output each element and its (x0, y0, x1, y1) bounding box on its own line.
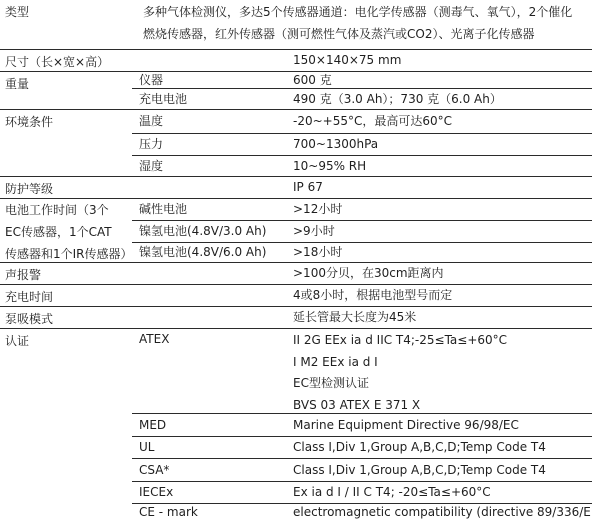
value-cell: IP 67 (293, 177, 592, 198)
value-line: BVS 03 ATEX E 371 X (293, 395, 588, 414)
value-cell: >9小时 (293, 221, 592, 242)
group-label-line: 电池工作时间（3个 (5, 199, 132, 221)
sub-label: UL (132, 437, 293, 458)
sub-label (132, 50, 293, 71)
sub-label: 碱性电池 (132, 199, 293, 220)
group-label: 电池工作时间（3个 EC传感器，1个CAT 传感器和1个IR传感器） (0, 199, 132, 262)
sub-label (132, 263, 293, 284)
value-cell: >100分贝，在30cm距离内 (293, 263, 592, 284)
sub-label: 充电电池 (132, 89, 293, 109)
value-cell: -20~+55°C，最高可达60°C (293, 110, 592, 133)
value-cell: 4或8小时，根据电池型号而定 (293, 285, 592, 306)
spec-group-audible-alarm: 声报警 >100分贝，在30cm距离内 (0, 262, 592, 284)
sub-label: 镍氢电池(4.8V/6.0 Ah) (132, 243, 293, 262)
value-cell: Ex ia d I / II C T4; -20≤Ta≤+60°C (293, 482, 592, 503)
value-cell: >12小时 (293, 199, 592, 220)
group-label: 类型 (0, 0, 132, 49)
value-cell: Class I,Div 1,Group A,B,C,D;Temp Code T4 (293, 459, 592, 481)
sub-label (132, 285, 293, 306)
value-cell: Class I,Div 1,Group A,B,C,D;Temp Code T4 (293, 437, 592, 458)
value-cell: 延长管最大长度为45米 (293, 307, 592, 328)
value-line: I M2 EEx ia d I (293, 352, 588, 374)
group-label: 认证 (0, 329, 132, 521)
spec-group-battery-life: 电池工作时间（3个 EC传感器，1个CAT 传感器和1个IR传感器） 碱性电池 … (0, 198, 592, 262)
group-label-line: 传感器和1个IR传感器） (5, 243, 132, 262)
sub-label: MED (132, 414, 293, 436)
value-line: EC型检测认证 (293, 373, 588, 395)
sub-label: 仪器 (132, 72, 293, 88)
value-cell: 150×140×75 mm (293, 50, 592, 71)
group-label: 尺寸（长×宽×高） (0, 50, 132, 71)
group-label-line: EC传感器，1个CAT (5, 221, 132, 243)
value-cell: >18小时 (293, 243, 592, 262)
value-cell: Marine Equipment Directive 96/98/EC (293, 414, 592, 436)
value-line: 燃烧传感器，红外传感器（测可燃性气体及蒸汽或CO2）、光离子化传感器 (143, 23, 586, 45)
value-cell: 多种气体检测仪，多达5个传感器通道：电化学传感器（测毒气、氧气），2个催化 燃烧… (132, 0, 592, 49)
value-line: 多种气体检测仪，多达5个传感器通道：电化学传感器（测毒气、氧气），2个催化 (143, 1, 586, 23)
sub-label: 湿度 (132, 156, 293, 176)
spec-group-weight: 重量 仪器 600 克 充电电池 490 克（3.0 Ah）；730 克（6.0… (0, 71, 592, 109)
spec-group-pump-mode: 泵吸模式 延长管最大长度为45米 (0, 306, 592, 328)
sub-label: ATEX (132, 329, 293, 413)
spec-group-certification: 认证 ATEX II 2G EEx ia d IIC T4;-25≤Ta≤+60… (0, 328, 592, 521)
spec-sheet: 类型 多种气体检测仪，多达5个传感器通道：电化学传感器（测毒气、氧气），2个催化… (0, 0, 592, 521)
sub-label (132, 177, 293, 198)
value-cell: electromagnetic compatibility (directive… (293, 504, 592, 521)
group-label: 声报警 (0, 263, 132, 284)
spec-group-protection-rating: 防护等级 IP 67 (0, 176, 592, 198)
spec-group-charging-time: 充电时间 4或8小时，根据电池型号而定 (0, 284, 592, 306)
value-cell: 10~95% RH (293, 156, 592, 176)
value-cell: 700~1300hPa (293, 134, 592, 155)
spec-group-environment: 环境条件 温度 -20~+55°C，最高可达60°C 压力 700~1300hP… (0, 109, 592, 176)
group-label: 充电时间 (0, 285, 132, 306)
group-label: 重量 (0, 72, 132, 109)
spec-group-type: 类型 多种气体检测仪，多达5个传感器通道：电化学传感器（测毒气、氧气），2个催化… (0, 0, 592, 49)
value-cell: II 2G EEx ia d IIC T4;-25≤Ta≤+60°C I M2 … (293, 329, 592, 413)
sub-label: 温度 (132, 110, 293, 133)
sub-label: CSA* (132, 459, 293, 481)
spec-group-dimensions: 尺寸（长×宽×高） 150×140×75 mm (0, 49, 592, 71)
sub-label (132, 307, 293, 328)
sub-label: 压力 (132, 134, 293, 155)
value-cell: 600 克 (293, 72, 592, 88)
value-line: II 2G EEx ia d IIC T4;-25≤Ta≤+60°C (293, 330, 588, 352)
sub-label: CE - mark (132, 504, 293, 521)
value-cell: 490 克（3.0 Ah）；730 克（6.0 Ah） (293, 89, 592, 109)
group-label: 环境条件 (0, 110, 132, 176)
group-label: 泵吸模式 (0, 307, 132, 328)
sub-label: 镍氢电池(4.8V/3.0 Ah) (132, 221, 293, 242)
sub-label: IECEx (132, 482, 293, 503)
group-label: 防护等级 (0, 177, 132, 198)
